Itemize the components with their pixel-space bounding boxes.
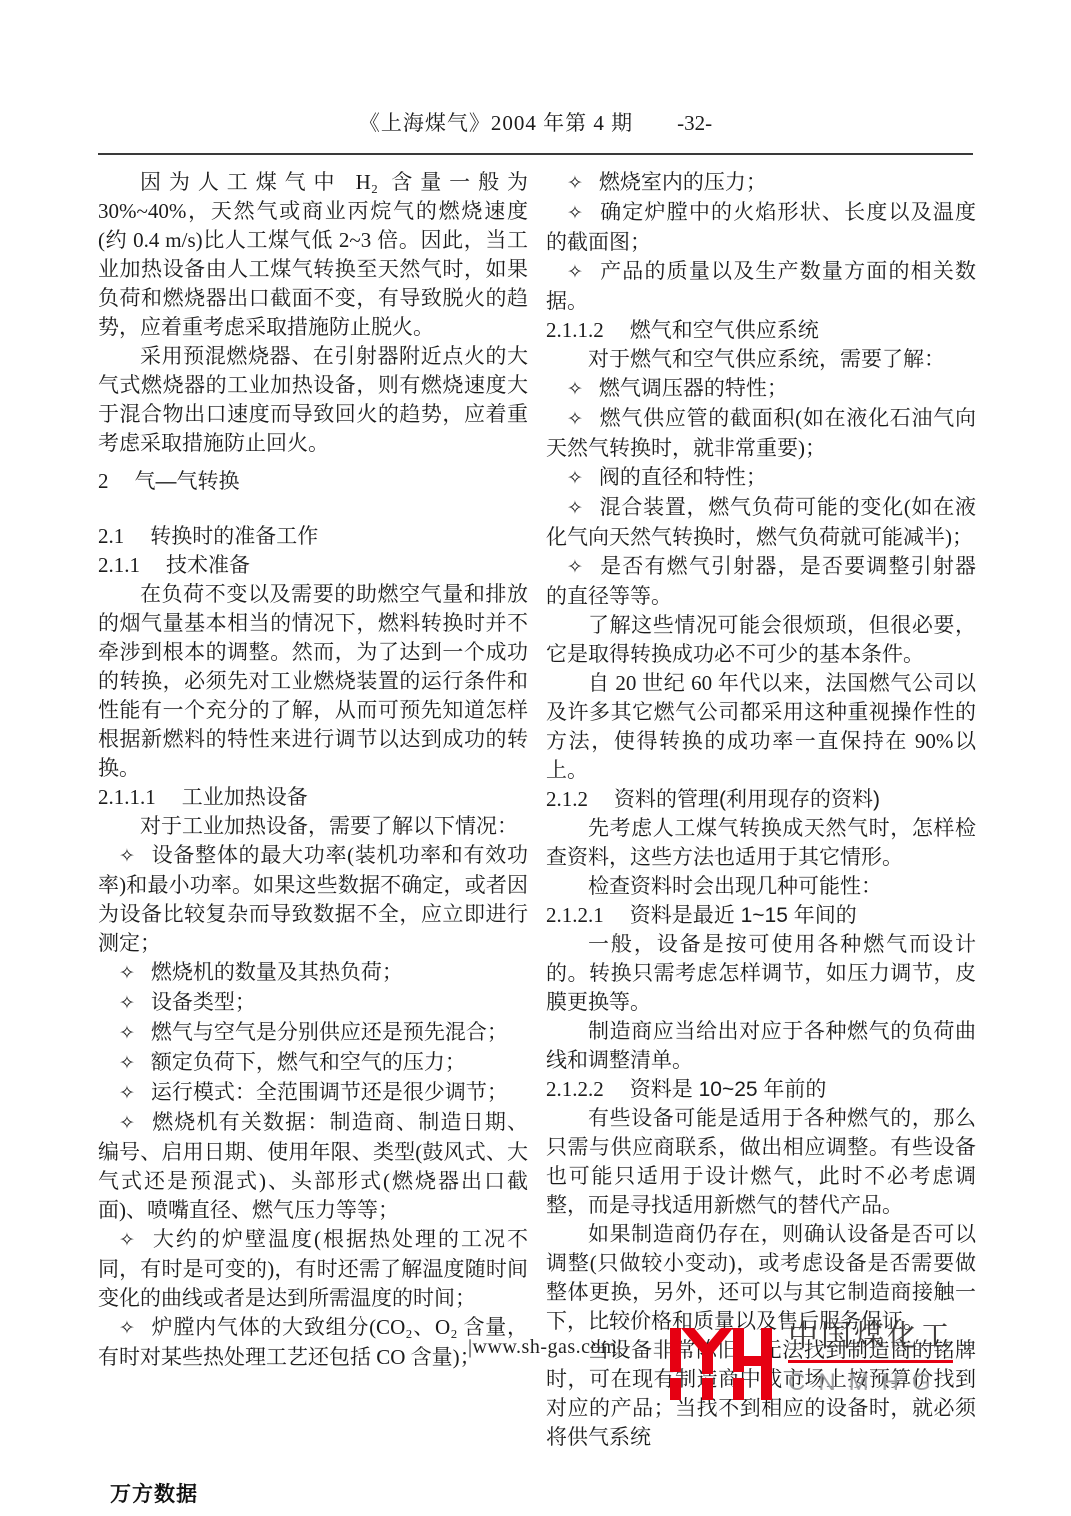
section-number: 2 <box>98 469 109 493</box>
section-title: 技术准备 <box>166 554 250 577</box>
bullet-text: 燃气供应管的截面积(如在液化石油气向天然气转换时，就非常重要)； <box>546 406 976 460</box>
diamond-bullet-icon: ✧ <box>119 1229 135 1251</box>
section-title: 资料的管理(利用现存的资料) <box>614 788 880 811</box>
bullet-text: 燃气调压器的特性； <box>599 376 788 400</box>
bullet-item: ✧燃烧室内的压力； <box>546 168 976 198</box>
bullet-item: ✧燃烧机的数量及其热负荷； <box>98 958 528 988</box>
section-number: 2.1.1.2 <box>546 318 604 342</box>
section-number: 2.1.1 <box>98 553 140 577</box>
section-title: 气—气转换 <box>135 470 240 493</box>
section-title: 资料是最近 1~15 年间的 <box>630 904 857 927</box>
paragraph: 在负荷不变以及需要的助燃空气量和排放的烟气量基本相当的情况下，燃料转换时并不牵涉… <box>98 580 528 783</box>
diamond-bullet-icon: ✧ <box>119 1112 135 1134</box>
paragraph: 自 20 世纪 60 年代以来，法国燃气公司以及许多其它燃气公司都采用这种重视操… <box>546 669 976 785</box>
bullet-text: 燃烧机的数量及其热负荷； <box>151 960 403 984</box>
logo-names: 中国煤化工 CNMHG <box>788 1320 953 1396</box>
bullet-text: 燃气与空气是分别供应还是预先混合； <box>151 1020 508 1044</box>
bullet-item: ✧燃气供应管的截面积(如在液化石油气向天然气转换时，就非常重要)； <box>546 404 976 463</box>
diamond-bullet-icon: ✧ <box>119 1082 135 1104</box>
diamond-bullet-icon: ✧ <box>119 1052 135 1074</box>
bullet-item: ✧运行模式：全范围调节还是很少调节； <box>98 1078 528 1108</box>
paragraph: 先考虑人工煤气转换成天然气时，怎样检查资料，这些方法也适用于其它情形。 <box>546 814 976 872</box>
bullet-text: 设备整体的最大功率(装机功率和有效功率)和最小功率。如果这些数据不确定，或者因为… <box>98 843 528 955</box>
scanned-document-page: 《上海煤气》2004 年第 4 期-32- 因为人工煤气中 H₂ 含量一般为 3… <box>0 0 1071 1516</box>
section-title: 资料是 10~25 年前的 <box>630 1078 827 1101</box>
bullet-item: ✧设备类型； <box>98 988 528 1018</box>
bullet-item: ✧确定炉膛中的火焰形状、长度以及温度的截面图； <box>546 198 976 257</box>
section-heading: 2.1.2资料的管理(利用现存的资料) <box>546 785 976 814</box>
diamond-bullet-icon: ✧ <box>567 378 583 400</box>
bullet-text: 炉膛内气体的大致组分(CO₂、O₂ 含量，有时对某些热处理工艺还包括 CO 含量… <box>98 1315 528 1369</box>
diamond-bullet-icon: ✧ <box>567 408 583 430</box>
diamond-bullet-icon: ✧ <box>119 1022 135 1044</box>
diamond-bullet-icon: ✧ <box>567 556 583 578</box>
bullet-text: 确定炉膛中的火焰形状、长度以及温度的截面图； <box>546 200 976 254</box>
diamond-bullet-icon: ✧ <box>567 172 583 194</box>
diamond-bullet-icon: ✧ <box>119 1317 135 1339</box>
section-heading: 2气—气转换 <box>98 467 528 496</box>
bullet-item: ✧混合装置，燃气负荷可能的变化(如在液化气向天然气转换时，燃气负荷就可能减半)； <box>546 493 976 552</box>
paragraph: 了解这些情况可能会很烦琐，但很必要，它是取得转换成功必不可少的基本条件。 <box>546 611 976 669</box>
diamond-bullet-icon: ✧ <box>567 202 583 224</box>
paragraph: 因为人工煤气中 H₂ 含量一般为 30%~40%，天然气或商业丙烷气的燃烧速度(… <box>98 168 528 342</box>
section-number: 2.1.2.1 <box>546 903 604 927</box>
section-number: 2.1.1.1 <box>98 785 156 809</box>
bullet-text: 混合装置，燃气负荷可能的变化(如在液化气向天然气转换时，燃气负荷就可能减半)； <box>546 495 976 549</box>
bullet-item: ✧产品的质量以及生产数量方面的相关数据。 <box>546 257 976 316</box>
section-heading: 2.1.2.2资料是 10~25 年前的 <box>546 1075 976 1104</box>
diamond-bullet-icon: ✧ <box>119 962 135 984</box>
paragraph: 对于工业加热设备，需要了解以下情况： <box>98 812 528 841</box>
cnmhg-logo: 中国煤化工 CNMHG <box>670 1320 953 1400</box>
page-header: 《上海煤气》2004 年第 4 期-32- <box>0 107 1071 137</box>
bullet-text: 阀的直径和特性； <box>599 465 767 489</box>
bullet-item: ✧额定负荷下，燃气和空气的压力； <box>98 1048 528 1078</box>
page-number: -32- <box>677 111 712 136</box>
bullet-text: 额定负荷下，燃气和空气的压力； <box>151 1050 466 1074</box>
paragraph: 一般，设备是按可使用各种燃气而设计的。转换只需考虑怎样调节，如压力调节，皮膜更换… <box>546 930 976 1017</box>
section-number: 2.1.2.2 <box>546 1077 604 1101</box>
logo-name-english: CNMHG <box>788 1370 953 1396</box>
section-heading: 2.1.1技术准备 <box>98 551 528 580</box>
section-number: 2.1 <box>98 524 124 548</box>
paragraph: 采用预混燃烧器、在引射器附近点火的大气式燃烧器的工业加热设备，则有燃烧速度大于混… <box>98 342 528 458</box>
section-heading: 2.1转换时的准备工作 <box>98 522 528 551</box>
bullet-text: 大约的炉壁温度(根据热处理的工况不同，有时是可变的)，有时还需了解温度随时间变化… <box>98 1227 528 1310</box>
bullet-text: 是否有燃气引射器，是否要调整引射器的直径等等。 <box>546 554 976 608</box>
bullet-item: ✧大约的炉壁温度(根据热处理的工况不同，有时是可变的)，有时还需了解温度随时间变… <box>98 1225 528 1313</box>
cnmhg-monogram-icon <box>670 1320 772 1400</box>
right-column: ✧燃烧室内的压力；✧确定炉膛中的火焰形状、长度以及温度的截面图；✧产品的质量以及… <box>546 168 976 1452</box>
diamond-bullet-icon: ✧ <box>567 261 583 283</box>
bullet-item: ✧燃烧机有关数据：制造商、制造日期、编号、启用日期、使用年限、类型(鼓风式、大气… <box>98 1108 528 1225</box>
paragraph: 有些设备可能是适用于各种燃气的，那么只需与供应商联系，做出相应调整。有些设备也可… <box>546 1104 976 1220</box>
bullet-item: ✧燃气调压器的特性； <box>546 374 976 404</box>
section-heading: 2.1.1.1工业加热设备 <box>98 783 528 812</box>
paragraph: 如果制造商仍存在，则确认设备是否可以调整(只做较小变动)，或考虑设备是否需要做整… <box>546 1220 976 1336</box>
logo-name-chinese: 中国煤化工 <box>788 1320 953 1363</box>
bullet-text: 产品的质量以及生产数量方面的相关数据。 <box>546 259 976 313</box>
diamond-bullet-icon: ✧ <box>567 467 583 489</box>
bullet-text: 运行模式：全范围调节还是很少调节； <box>151 1080 508 1104</box>
header-divider <box>98 153 973 155</box>
bullet-item: ✧炉膛内气体的大致组分(CO₂、O₂ 含量，有时对某些热处理工艺还包括 CO 含… <box>98 1313 528 1372</box>
section-title: 燃气和空气供应系统 <box>630 319 819 342</box>
bullet-item: ✧是否有燃气引射器，是否要调整引射器的直径等等。 <box>546 552 976 611</box>
paragraph: 制造商应当给出对应于各种燃气的负荷曲线和调整清单。 <box>546 1017 976 1075</box>
section-heading: 2.1.1.2燃气和空气供应系统 <box>546 316 976 345</box>
bullet-text: 设备类型； <box>151 990 256 1014</box>
diamond-bullet-icon: ✧ <box>567 497 583 519</box>
bullet-text: 燃烧机有关数据：制造商、制造日期、编号、启用日期、使用年限、类型(鼓风式、大气式… <box>98 1110 528 1222</box>
bullet-item: ✧燃气与空气是分别供应还是预先混合； <box>98 1018 528 1048</box>
section-heading: 2.1.2.1资料是最近 1~15 年间的 <box>546 901 976 930</box>
paragraph: 检查资料时会出现几种可能性： <box>546 872 976 901</box>
wanfang-data-mark: 万方数据 <box>110 1478 198 1508</box>
section-title: 转换时的准备工作 <box>150 525 318 548</box>
bullet-item: ✧设备整体的最大功率(装机功率和有效功率)和最小功率。如果这些数据不确定，或者因… <box>98 841 528 958</box>
bullet-text: 燃烧室内的压力； <box>599 170 767 194</box>
left-column: 因为人工煤气中 H₂ 含量一般为 30%~40%，天然气或商业丙烷气的燃烧速度(… <box>98 168 528 1372</box>
section-title: 工业加热设备 <box>182 786 308 809</box>
section-number: 2.1.2 <box>546 787 588 811</box>
journal-title: 《上海煤气》2004 年第 4 期 <box>359 111 633 135</box>
website-text: |www.sh-gas.com| <box>468 1336 622 1359</box>
bullet-item: ✧阀的直径和特性； <box>546 463 976 493</box>
diamond-bullet-icon: ✧ <box>119 845 135 867</box>
paragraph: 对于燃气和空气供应系统，需要了解： <box>546 345 976 374</box>
diamond-bullet-icon: ✧ <box>119 992 135 1014</box>
